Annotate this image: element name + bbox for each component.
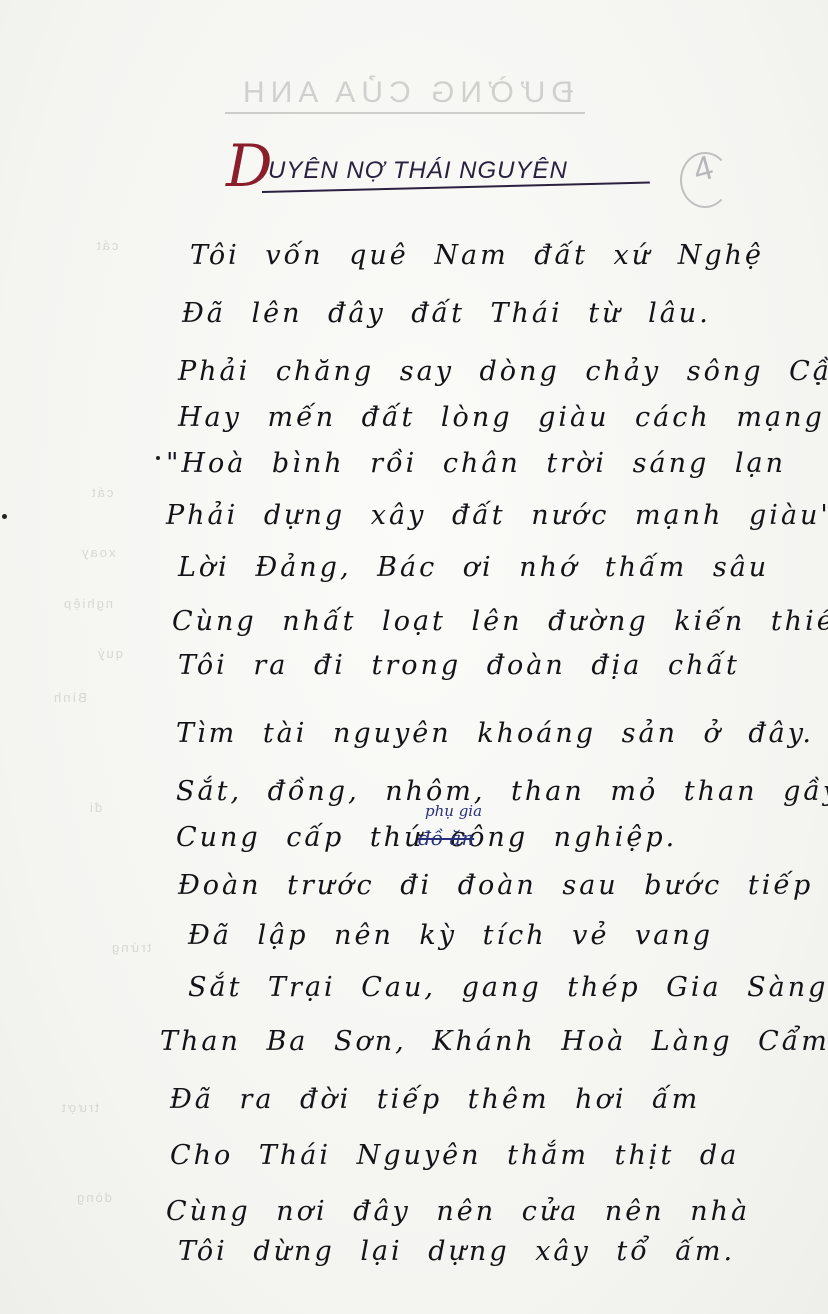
poem-line-18: Cho Thái Nguyên thắm thịt da bbox=[170, 1140, 739, 1171]
poem-line-10: Tìm tài nguyên khoáng sản ở đây. bbox=[176, 718, 814, 749]
poem-line-13: Đoàn trước đi đoàn sau bước tiếp bbox=[178, 870, 813, 901]
poem-line-9: Tôi ra đi trong đoàn địa chất bbox=[178, 650, 740, 681]
poem-line-5: "Hoà bình rồi chân trời sáng lạn bbox=[166, 448, 786, 479]
poem-line-20: Tôi dừng lại dựng xây tổ ấm. bbox=[178, 1236, 735, 1267]
poem-line-2: Đã lên đây đất Thái từ lâu. bbox=[182, 298, 711, 329]
correction-inserted: phụ gia bbox=[425, 802, 482, 820]
correction-struck: đồ ăn bbox=[418, 826, 474, 850]
poem-line-7: Lời Đảng, Bác ơi nhớ thấm sâu bbox=[178, 552, 769, 583]
poem-line-11: Sắt, đồng, nhôm, than mỏ than gầy bbox=[176, 776, 828, 807]
poem-line-8: Cùng nhất loạt lên đường kiến thiết. bbox=[172, 606, 828, 637]
poem-body: Tôi vốn quê Nam đất xứ Nghệ Đã lên đây đ… bbox=[0, 0, 828, 1314]
poem-line-16: Than Ba Sơn, Khánh Hoà Làng Cẩm. bbox=[160, 1026, 828, 1057]
poem-line-19: Cùng nơi đây nên cửa nên nhà bbox=[166, 1196, 750, 1227]
poem-line-6: Phải dựng xây đất nước mạnh giàu" bbox=[166, 500, 828, 531]
poem-line-3: Phải chăng say dòng chảy sông Cầu. bbox=[178, 356, 828, 387]
poem-line-1: Tôi vốn quê Nam đất xứ Nghệ bbox=[190, 240, 764, 271]
poem-line-14: Đã lập nên kỳ tích vẻ vang bbox=[188, 920, 713, 951]
poem-line-17: Đã ra đời tiếp thêm hơi ấm bbox=[170, 1084, 700, 1115]
poem-line-4: Hay mến đất lòng giàu cách mạng bbox=[178, 402, 825, 433]
poem-line-15: Sắt Trại Cau, gang thép Gia Sàng. bbox=[188, 972, 828, 1003]
